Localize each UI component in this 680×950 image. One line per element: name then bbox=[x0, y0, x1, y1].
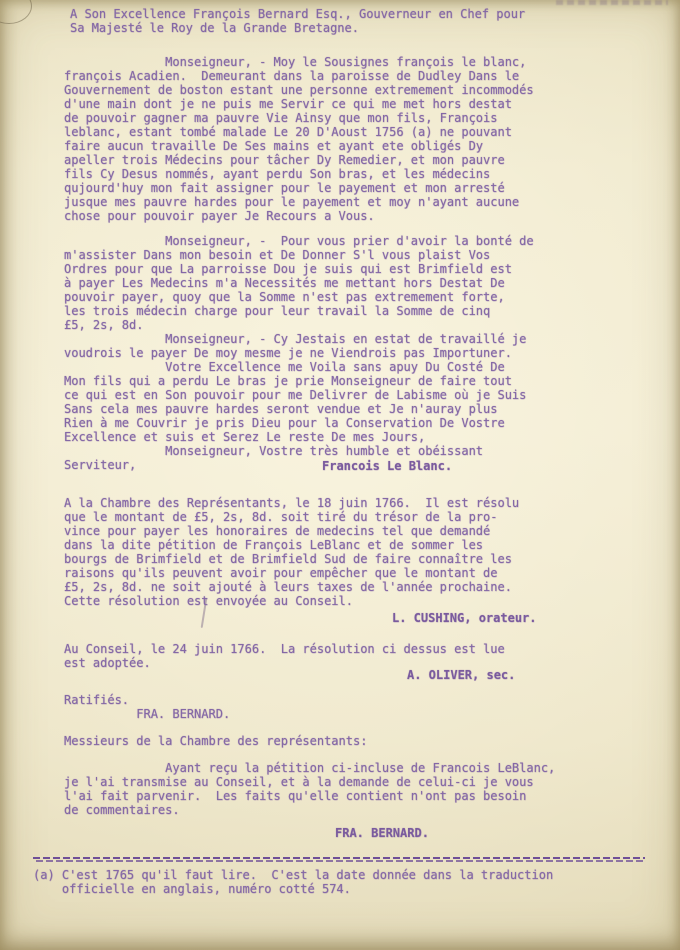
dashed-separator bbox=[33, 857, 645, 863]
text-line: Monseigneur, - Moy le Sousignes françois… bbox=[64, 55, 534, 69]
text-line: bourgs de Brimfield et de Brimfield Sud … bbox=[64, 552, 519, 566]
text-line: d'une main dont je ne puis me Servir ce … bbox=[64, 97, 534, 111]
text-line: fils Cy Desus nommés, ayant perdu Son br… bbox=[64, 167, 534, 181]
text-line: Rien à me Couvrir je pris Dieu pour la C… bbox=[64, 416, 534, 430]
text-line: Monseigneur, - Cy Jestais en estat de tr… bbox=[64, 332, 534, 346]
text-line: Monseigneur, Vostre très humble et obéis… bbox=[64, 444, 534, 458]
governor-message-paragraph: Ayant reçu la pétition ci-incluse de Fra… bbox=[64, 761, 555, 817]
text-line: de pouvoir gagner ma pauvre Vie Ainsy qu… bbox=[64, 111, 534, 125]
text-line: apeller trois Médecins pour tâcher Dy Re… bbox=[64, 153, 534, 167]
address-to-house-line: Messieurs de la Chambre des représentant… bbox=[64, 734, 367, 748]
signature-cushing: L. CUSHING, orateur. bbox=[392, 611, 537, 625]
text-line: £5, 2s, 8d. ne soit ajouté à leurs taxes… bbox=[64, 580, 519, 594]
text-line: à payer Les Medecins m'a Necessités me m… bbox=[64, 276, 534, 290]
text-line: Monseigneur, - Pour vous prier d'avoir l… bbox=[64, 234, 534, 248]
text-line: que le montant de £5, 2s, 8d. soit tiré … bbox=[64, 510, 519, 524]
text-line: Ordres pour que La parroisse Dou je suis… bbox=[64, 262, 534, 276]
council-action-paragraph: Au Conseil, le 24 juin 1766. La résoluti… bbox=[64, 642, 505, 670]
signature-bernard: FRA. BERNARD. bbox=[335, 826, 429, 840]
text-line: A la Chambre des Représentants, le 18 ju… bbox=[64, 496, 519, 510]
text-line: leblanc, estant tombé malade Le 20 D'Aou… bbox=[64, 125, 534, 139]
text-line: Votre Excellence me Voila sans apuy Du C… bbox=[64, 360, 534, 374]
petition-body-paragraphs: Monseigneur, - Pour vous prier d'avoir l… bbox=[64, 234, 534, 472]
document-page: A Son Excellence François Bernard Esq., … bbox=[0, 0, 680, 950]
text-line: Sans cela mes pauvre hardes seront vendu… bbox=[64, 402, 534, 416]
text-line: vince pour payer les honoraires de medec… bbox=[64, 524, 519, 538]
text-line: Ayant reçu la pétition ci-incluse de Fra… bbox=[64, 761, 555, 775]
text-line: Mon fils qui a perdu Le bras je prie Mon… bbox=[64, 374, 534, 388]
petition-opening-paragraph: Monseigneur, - Moy le Sousignes françois… bbox=[64, 55, 534, 223]
text-line: FRA. BERNARD. bbox=[64, 707, 230, 721]
text-line: voudrois le payer De moy mesme je ne Vie… bbox=[64, 346, 534, 360]
ratification-block: Ratifiés. FRA. BERNARD. bbox=[64, 693, 230, 721]
text-line: officielle en anglais, numéro cotté 574. bbox=[33, 882, 553, 896]
signature-oliver: A. OLIVER, sec. bbox=[407, 668, 515, 682]
text-line: faire aucun travaille De Ses mains et ay… bbox=[64, 139, 534, 153]
recipient-address-block: A Son Excellence François Bernard Esq., … bbox=[70, 7, 525, 35]
signature-le-blanc: Francois Le Blanc. bbox=[322, 459, 452, 473]
text-line: Cette résolution est envoyée au Conseil. bbox=[64, 594, 519, 608]
text-line: Gouvernement de boston estant une person… bbox=[64, 83, 534, 97]
text-line: les trois médecin charge pour leur trava… bbox=[64, 304, 534, 318]
footnote-block: (a) C'est 1765 qu'il faut lire. C'est la… bbox=[33, 868, 553, 896]
text-line: A Son Excellence François Bernard Esq., … bbox=[70, 7, 525, 21]
text-line: dans la dite pétition de François LeBlan… bbox=[64, 538, 519, 552]
text-line: Au Conseil, le 24 juin 1766. La résoluti… bbox=[64, 642, 505, 656]
text-line: Sa Majesté le Roy de la Grande Bretagne. bbox=[70, 21, 525, 35]
text-line: Excellence et suis et Serez Le reste De … bbox=[64, 430, 534, 444]
pencil-corner-mark bbox=[0, 0, 32, 24]
text-line: qujourd'huy mon fait assigner pour le pa… bbox=[64, 181, 534, 195]
text-line: je l'ai transmise au Conseil, et à la de… bbox=[64, 775, 555, 789]
text-line: françois Acadien. Demeurant dans la paro… bbox=[64, 69, 534, 83]
text-line: Serviteur, bbox=[64, 458, 534, 472]
cropped-text-fragment bbox=[556, 0, 668, 5]
text-line: £5, 2s, 8d. bbox=[64, 318, 534, 332]
text-line: m'assister Dans mon besoin et De Donner … bbox=[64, 248, 534, 262]
house-resolution-paragraph: A la Chambre des Représentants, le 18 ju… bbox=[64, 496, 519, 608]
text-line: jusque mes pauvre hardes pour le payemen… bbox=[64, 195, 534, 209]
text-line: de commentaires. bbox=[64, 803, 555, 817]
text-line: chose pour pouvoir payer Je Recours a Vo… bbox=[64, 209, 534, 223]
text-line: pouvoir payer, quoy que la Somme n'est p… bbox=[64, 290, 534, 304]
text-line: Ratifiés. bbox=[64, 693, 230, 707]
text-line: l'ai fait parvenir. Les faits qu'elle co… bbox=[64, 789, 555, 803]
text-line: ce qui est en Son pouvoir pour me Delivr… bbox=[64, 388, 534, 402]
text-line: (a) C'est 1765 qu'il faut lire. C'est la… bbox=[33, 868, 553, 882]
text-line: raisons qu'ils peuvent avoir pour empêch… bbox=[64, 566, 519, 580]
